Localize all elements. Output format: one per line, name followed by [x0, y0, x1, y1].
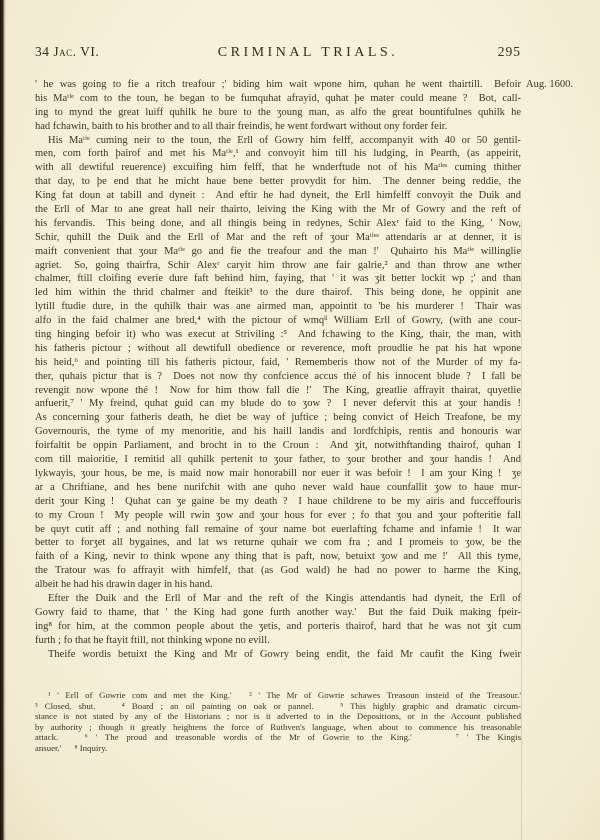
text-line: Theife wordis betuixt the King and Mr of…: [35, 648, 521, 662]
paragraph: His Maᵗⁱᵉ cuming neir to the toun, the E…: [35, 134, 521, 592]
text-line: ³ Closed, shut. ⁴ Board ; an oil paintin…: [35, 701, 521, 712]
text-line: with all dewtiful reuerence) excuifing h…: [35, 161, 521, 175]
paragraph: Theife wordis betuixt the King and Mr of…: [35, 648, 521, 662]
text-line: his heid,⁶ and pointing till his fatheri…: [35, 356, 521, 370]
text-line: lykwayis, ʒour hous, be me, is maid now …: [35, 467, 521, 481]
paragraph: Efter the Duik and the Erll of Mar and t…: [35, 592, 521, 648]
text-line: As concerning ʒour fatheris death, he di…: [35, 411, 521, 425]
page-number: 295: [451, 44, 521, 60]
text-line: the Erll of Mar to ane great hall neir t…: [35, 203, 521, 217]
text-line: attack. ⁶ ' The proud and treasonable wo…: [35, 732, 521, 743]
text-line: anfuerit,⁷ ' My freind, quhat guid can m…: [35, 397, 521, 411]
text-line: that day, to þe end that he micht haue b…: [35, 175, 521, 189]
text-line: derit ʒour King ! Quhat can ʒe gaine be …: [35, 495, 521, 509]
text-line: be quyt cutit aff ; and nothing fall rem…: [35, 523, 521, 537]
text-line: King fat doun at tabill and dyneit : And…: [35, 189, 521, 203]
text-line: com till maioritie, I remitid all quhilk…: [35, 453, 521, 467]
text-line: albeit he had his drawin dager in his ha…: [35, 578, 521, 592]
text-line: ting hinging befoir it) who was execut a…: [35, 328, 521, 342]
footnotes: ¹ ' Erll of Gowrie com and met the King.…: [35, 690, 521, 754]
text-line: led him within the thrid chalmer and fte…: [35, 286, 521, 300]
text-line: ' he was going to fie a ritch treafour ;…: [35, 78, 521, 92]
text-line: by authority ; though it greatly heighte…: [35, 722, 521, 733]
text-line: had fchawin, baith to his brother and to…: [35, 120, 521, 134]
margin-fold-line: [521, 220, 522, 840]
running-header-regnal-year: 34 Jac. VI.: [35, 44, 165, 60]
text-line: Efter the Duik and the Erll of Mar and t…: [35, 592, 521, 606]
page-binding-shadow: [0, 0, 6, 840]
text-line: his fervandis. This being done, and all …: [35, 217, 521, 231]
text-line: His Maᵗⁱᵉ cuming neir to the toun, the E…: [35, 134, 521, 148]
text-line: ansuer.' ⁸ Inquiry.: [35, 743, 521, 754]
paragraph: ' he was going to fie a ritch treafour ;…: [35, 78, 521, 134]
text-line: men, com forth þairof and met his Maᵗⁱᵉ,…: [35, 147, 521, 161]
text-line: ther, quhais pictur that is ? Does not n…: [35, 370, 521, 384]
text-line: maift convenient that ʒour Maᵗⁱᵉ go and …: [35, 245, 521, 259]
text-line: his Maᵗⁱᵉ com to the toun, he began to b…: [35, 92, 521, 106]
text-line: agriet. So, going thairfra, Schir Alexʳ …: [35, 259, 521, 273]
text-line: faith of a King, nevir to think wpone an…: [35, 550, 521, 564]
text-line: revengit now wpone thé ! Now for him tho…: [35, 384, 521, 398]
book-page: 34 Jac. VI. CRIMINAL TRIALS. 295 Aug. 16…: [0, 0, 600, 840]
running-header: 34 Jac. VI. CRIMINAL TRIALS. 295: [35, 44, 521, 61]
text-line: ing⁸ for him, at the common people about…: [35, 620, 521, 634]
text-line: his fatheris pictour ; without all dewti…: [35, 342, 521, 356]
running-header-title: CRIMINAL TRIALS.: [165, 45, 451, 61]
text-line: ¹ ' Erll of Gowrie com and met the King.…: [35, 690, 521, 701]
page-body: ' he was going to fie a ritch treafour ;…: [35, 78, 521, 661]
text-line: better to forʒet all bygaines, and lat w…: [35, 536, 521, 550]
text-line: ar a Chriftiane, and hes bene nurifchit …: [35, 481, 521, 495]
text-line: lytill ftudie dure, in the quhilk thair …: [35, 300, 521, 314]
text-line: Gowry faid to thame, that ' the King had…: [35, 606, 521, 620]
text-line: to my Croun ! My people will rwin ʒow an…: [35, 509, 521, 523]
text-line: chalmer, ftill cloifing everie dure faft…: [35, 272, 521, 286]
text-line: Schir, quhill the Duik and the Erll of M…: [35, 231, 521, 245]
text-line: foirfaltit be oppin Parliament, and broc…: [35, 439, 521, 453]
text-line: the Tratour was fo affrayit with himfelf…: [35, 564, 521, 578]
margin-note-date: Aug. 1600.: [526, 78, 596, 92]
text-line: stance is not stated by any of the Histo…: [35, 711, 521, 722]
text-line: furth ; fo that he ftayit ftill, not thi…: [35, 634, 521, 648]
text-line: Governouris, the tyme of my menoritie, a…: [35, 425, 521, 439]
text-line: ing to mynd the great luiff quhilk he bu…: [35, 106, 521, 120]
text-line: alfo in the faid chalmer ane bred,⁴ with…: [35, 314, 521, 328]
